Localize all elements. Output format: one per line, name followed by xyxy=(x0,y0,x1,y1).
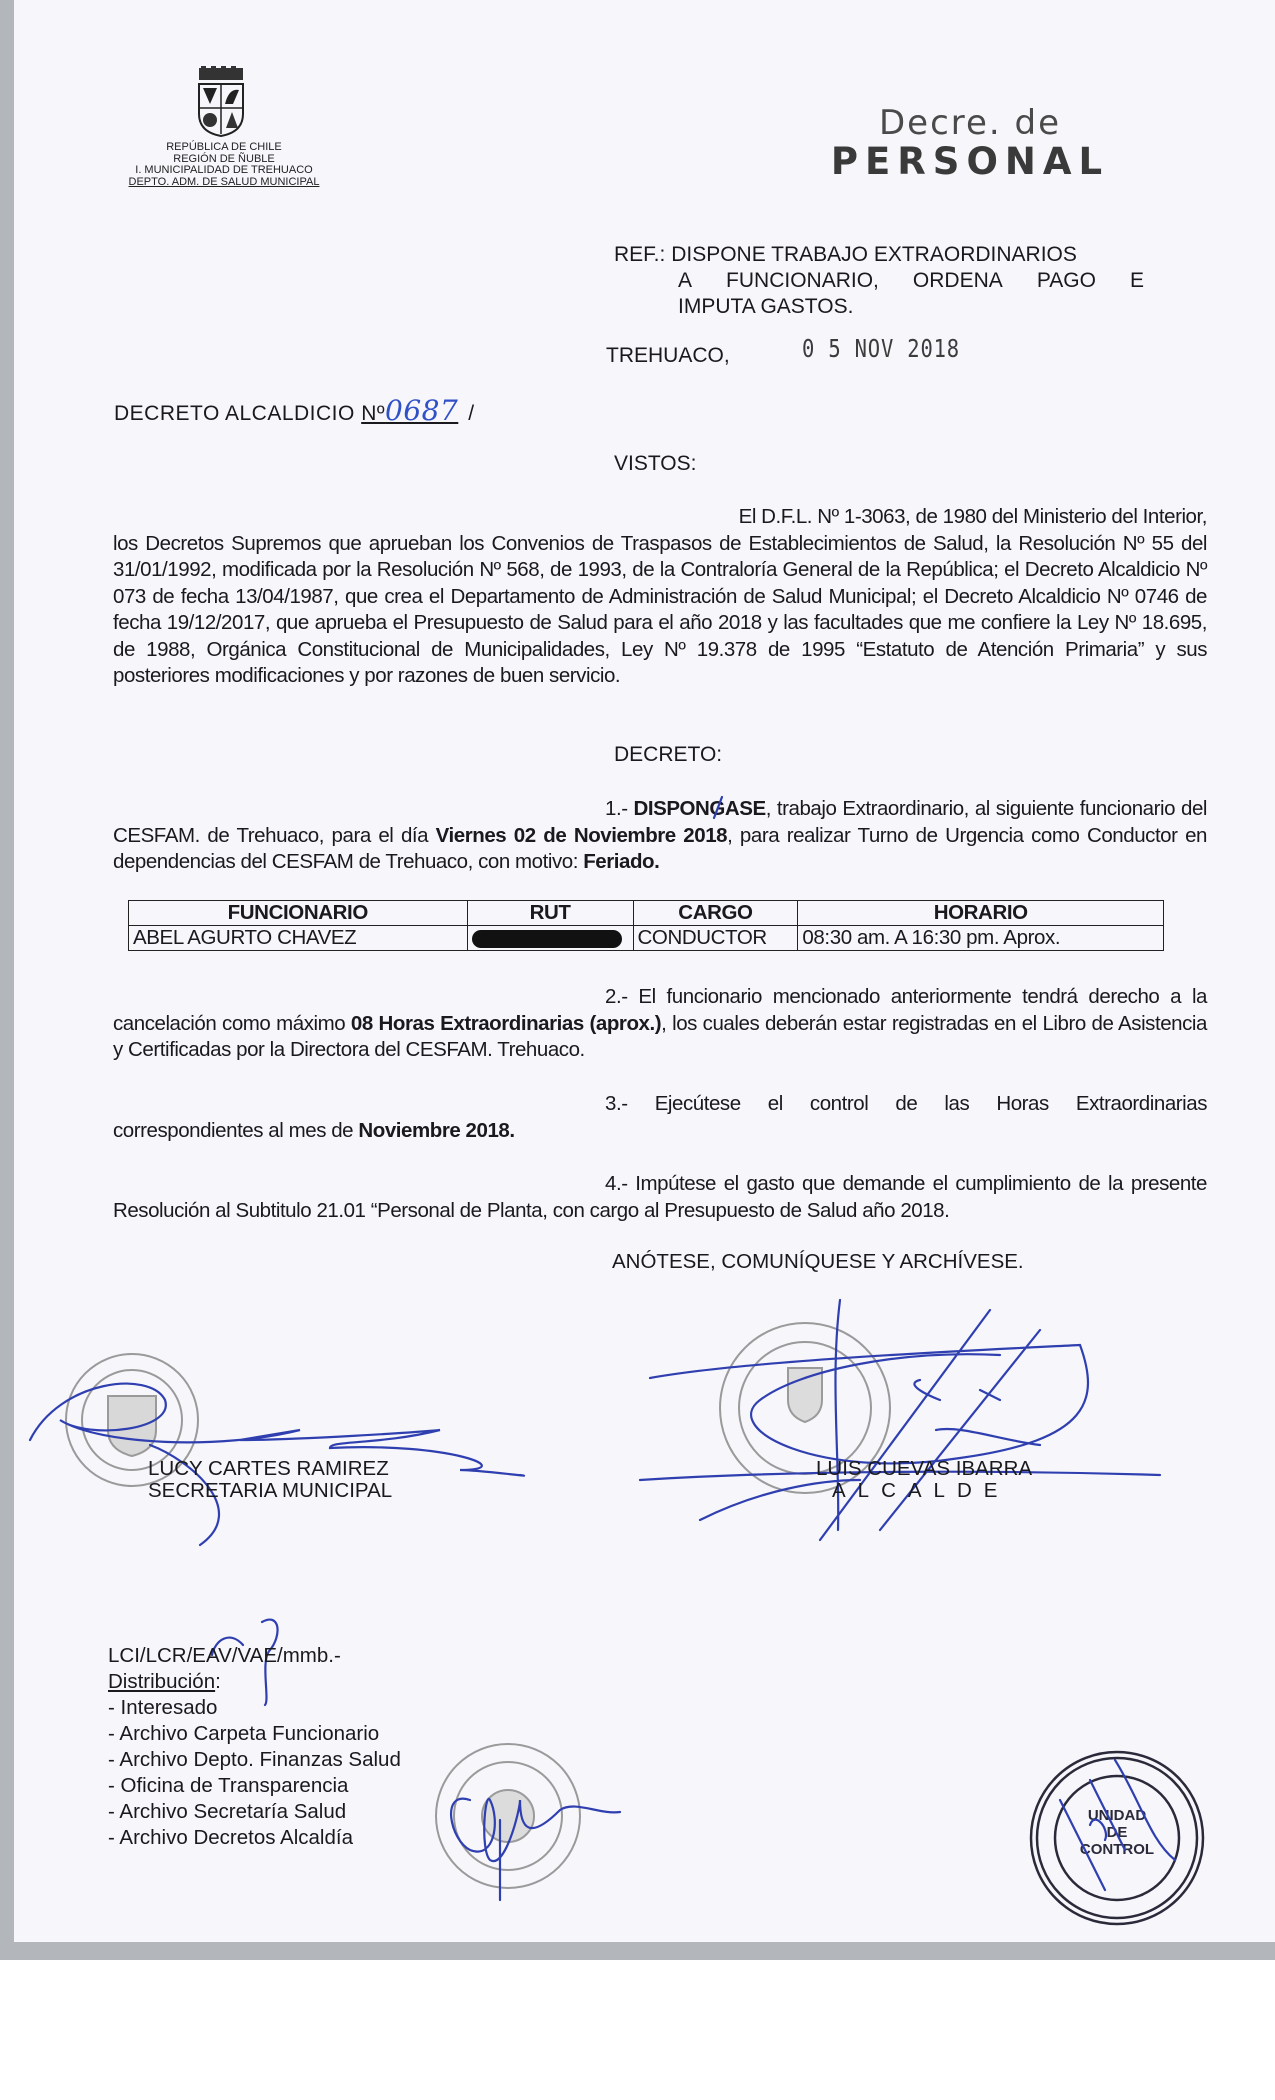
ref-word: ORDENA xyxy=(913,268,1003,294)
mayor-name: LUIS CUEVAS IBARRA xyxy=(816,1458,1032,1480)
item-4: 4.- Impútese el gasto que demande el cum… xyxy=(113,1171,1207,1224)
cell-horario: 08:30 am. A 16:30 pm. Aprox. xyxy=(798,926,1164,951)
cell-rut xyxy=(467,926,633,951)
ref-word: FUNCIONARIO, xyxy=(726,268,879,294)
list-item: - Archivo Depto. Finanzas Salud xyxy=(108,1747,401,1773)
municipal-crest-icon xyxy=(193,66,249,138)
item-2: 2.- El funcionario mencionado anteriorme… xyxy=(113,984,1207,1064)
item-3-text: Ejecútese el control de las Horas Extrao… xyxy=(113,1092,1207,1142)
item-number: 1.- xyxy=(605,797,628,820)
ref-word: E xyxy=(1130,268,1144,294)
column-header: HORARIO xyxy=(798,901,1164,926)
ref-line-2: A FUNCIONARIO, ORDENA PAGO E xyxy=(614,268,1144,294)
institution-line: I. MUNICIPALIDAD DE TREHUACO xyxy=(113,165,335,177)
list-item: - Archivo Secretaría Salud xyxy=(108,1799,401,1825)
decree-suffix: / xyxy=(468,402,474,425)
stamp-line-2: PERSONAL xyxy=(820,142,1120,182)
mayor-title: ALCALDE xyxy=(816,1480,1032,1502)
decree-label: DECRETO ALCALDICIO xyxy=(114,402,355,425)
vistos-paragraph: El D.F.L. Nº 1-3063, de 1980 del Ministe… xyxy=(113,504,1207,690)
cell-funcionario: ABEL AGURTO CHAVEZ xyxy=(129,926,468,951)
item-1: 1.- DISPONGASE, trabajo Extraordinario, … xyxy=(113,796,1207,876)
table-header-row: FUNCIONARIO RUT CARGO HORARIO xyxy=(129,901,1164,926)
table-row: ABEL AGURTO CHAVEZ CONDUCTOR 08:30 am. A… xyxy=(129,926,1164,951)
column-header: FUNCIONARIO xyxy=(129,901,468,926)
place: TREHUACO, xyxy=(606,344,730,368)
item-number: 2.- xyxy=(605,985,628,1008)
ref-word: A xyxy=(678,268,692,294)
reference-block: REF.: DISPONE TRABAJO EXTRAORDINARIOS A … xyxy=(614,242,1144,320)
item-3-month: Noviembre 2018. xyxy=(358,1119,514,1142)
item-4-text: Impútese el gasto que demande el cumplim… xyxy=(113,1172,1207,1222)
item-number: 3.- xyxy=(605,1092,628,1115)
distribution-block: LCI/LCR/EAV/VAE/mmb.- Distribución: - In… xyxy=(108,1643,401,1851)
mayor-signature-block: LUIS CUEVAS IBARRA ALCALDE xyxy=(816,1458,1032,1502)
item-1-reason: Feriado. xyxy=(583,850,659,873)
distribution-title: Distribución xyxy=(108,1670,215,1693)
date-stamp: 0 5 NOV 2018 xyxy=(802,334,960,363)
stamp-line-1: Decre. de xyxy=(820,104,1120,142)
secretary-signature-block: LUCY CARTES RAMIREZ SECRETARIA MUNICIPAL xyxy=(148,1458,392,1502)
institution-line: REPÚBLICA DE CHILE xyxy=(113,142,335,154)
list-item: - Oficina de Transparencia xyxy=(108,1773,401,1799)
column-header: CARGO xyxy=(633,901,798,926)
closing-formula: ANÓTESE, COMUNÍQUESE Y ARCHÍVESE. xyxy=(612,1250,1024,1274)
initials: LCI/LCR/EAV/VAE/mmb.- xyxy=(108,1643,401,1669)
list-item: - Interesado xyxy=(108,1695,401,1721)
vistos-heading: VISTOS: xyxy=(614,452,696,476)
vistos-first-line: El D.F.L. Nº 1-3063, de 1980 del Ministe… xyxy=(113,504,1207,531)
item-3: 3.- Ejecútese el control de las Horas Ex… xyxy=(113,1091,1207,1144)
column-header: RUT xyxy=(467,901,633,926)
item-2-hours: 08 Horas Extraordinarias (aprox.) xyxy=(351,1012,661,1035)
institution-block: REPÚBLICA DE CHILE REGIÓN DE ÑUBLE I. MU… xyxy=(113,142,335,188)
item-1-lead: DISPONGASE xyxy=(634,797,766,820)
ref-line-3: IMPUTA GASTOS. xyxy=(614,294,1144,320)
handwritten-number: 0687 xyxy=(385,394,458,427)
decree-number: DECRETO ALCALDICIO Nº0687/ xyxy=(114,394,475,427)
personnel-decree-stamp: Decre. de PERSONAL xyxy=(820,104,1120,182)
number-sign: Nº xyxy=(361,402,385,425)
rut-redaction xyxy=(472,930,622,948)
secretary-name: LUCY CARTES RAMIREZ xyxy=(148,1458,392,1480)
secretary-title: SECRETARIA MUNICIPAL xyxy=(148,1480,392,1502)
list-item: - Archivo Carpeta Funcionario xyxy=(108,1721,401,1747)
decreto-heading: DECRETO: xyxy=(614,743,722,767)
ref-word: PAGO xyxy=(1037,268,1096,294)
cell-cargo: CONDUCTOR xyxy=(633,926,798,951)
institution-line: DEPTO. ADM. DE SALUD MUNICIPAL xyxy=(113,177,335,189)
vistos-body: los Decretos Supremos que aprueban los C… xyxy=(113,531,1207,690)
list-item: - Archivo Decretos Alcaldía xyxy=(108,1825,401,1851)
ref-label: REF.: xyxy=(614,243,665,266)
item-number: 4.- xyxy=(605,1172,628,1195)
staff-table: FUNCIONARIO RUT CARGO HORARIO ABEL AGURT… xyxy=(128,900,1164,951)
ref-line-1: DISPONE TRABAJO EXTRAORDINARIOS xyxy=(671,243,1077,266)
item-1-date: Viernes 02 de Noviembre 2018 xyxy=(436,824,727,847)
